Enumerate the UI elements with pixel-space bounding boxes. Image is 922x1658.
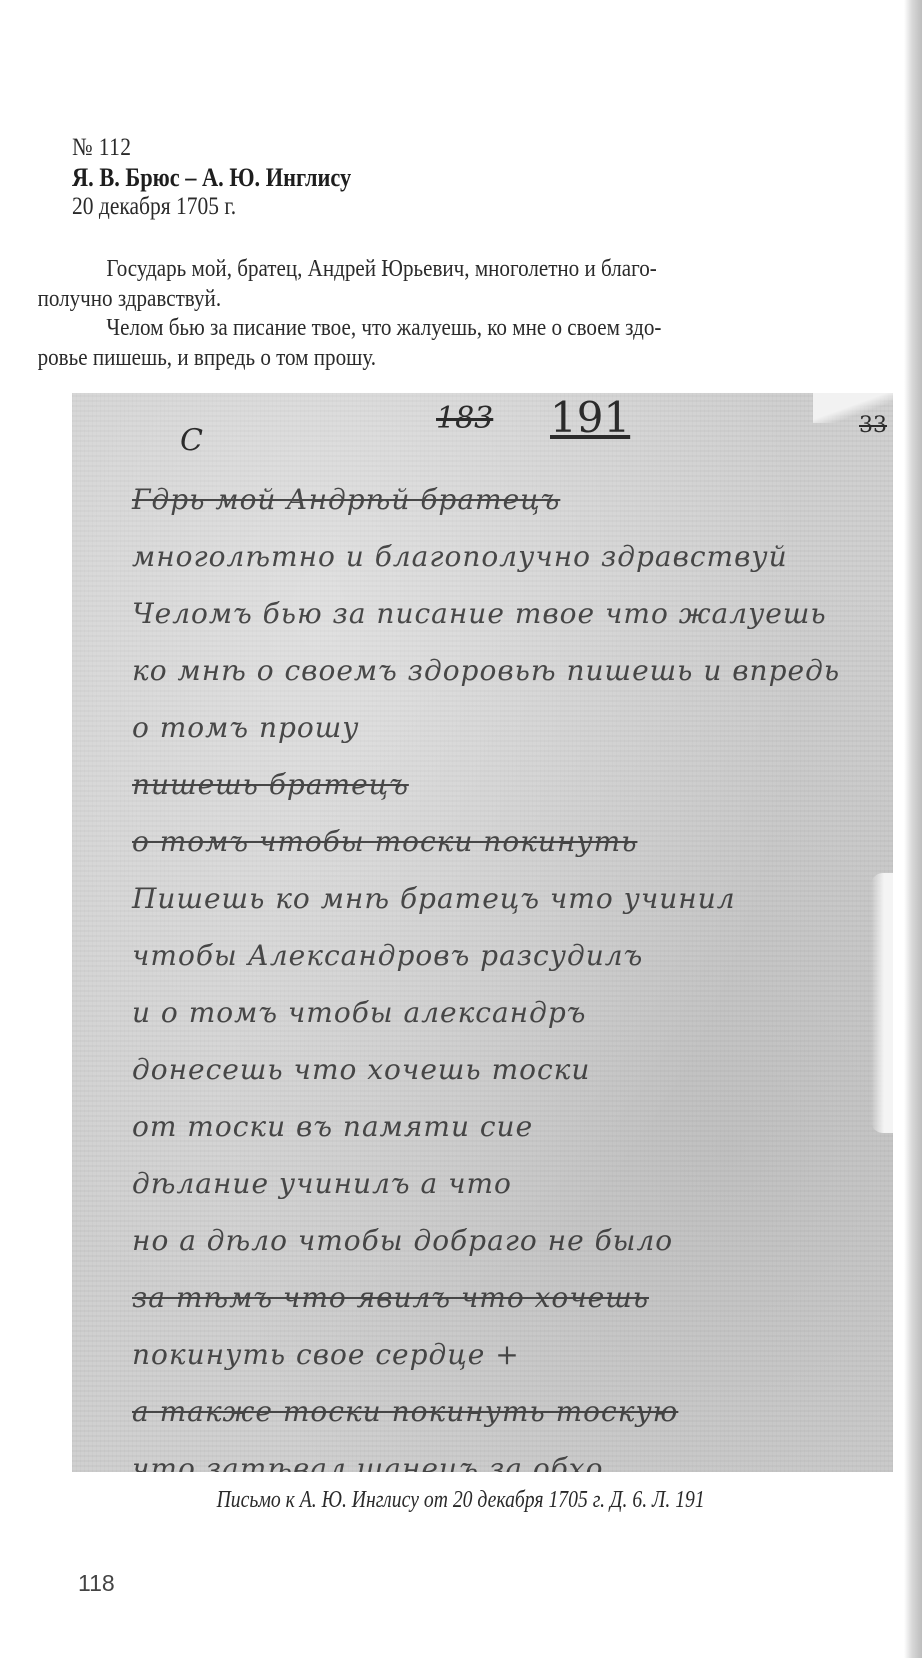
text-line: Государь мой, братец, Андрей Юрьевич, мн…	[72, 254, 837, 284]
handwriting-line: что затѣвал шанецъ за обхо	[132, 1452, 892, 1472]
text-line: получно здравствуй.	[38, 284, 838, 314]
caption-text: Письмо к А. Ю. Инглису от 20 декабря 170…	[217, 1487, 705, 1514]
handwriting: Гдрь мой Андрѣй братецъ многолѣтно и бла…	[132, 453, 892, 1472]
handwriting-line: дѣлание учинилъ а что	[132, 1167, 892, 1224]
handwriting-line: но а дѣло чтобы добраго не было	[132, 1224, 892, 1281]
folio-right-mark: 33	[859, 413, 887, 438]
handwriting-line: многолѣтно и благополучно здравствуй	[132, 540, 892, 597]
handwriting-line: Пишешь ко мнѣ братецъ что учинил	[132, 882, 892, 939]
handwriting-line: а также тоски покинуть тоскую	[132, 1395, 892, 1452]
handwriting-line: и о томъ чтобы александръ	[132, 996, 892, 1053]
figure-caption: Письмо к А. Ю. Инглису от 20 декабря 170…	[0, 1487, 922, 1514]
document-date: 20 декабря 1705 г.	[72, 193, 236, 221]
handwriting-line: Гдрь мой Андрѣй братецъ	[132, 483, 892, 540]
handwriting-line: покинуть свое сердце +	[132, 1338, 892, 1395]
handwriting-line: пишешь братецъ	[132, 768, 892, 825]
handwriting-line: от тоски въ памяти сие	[132, 1110, 892, 1167]
document-title: Я. В. Брюс – А. Ю. Инглису	[72, 163, 351, 193]
page-number: 118	[78, 1570, 115, 1597]
document-number: № 112	[72, 134, 132, 162]
text-line: Челом бью за писание твое, что жалуешь, …	[72, 313, 837, 343]
folio-number: 191	[550, 393, 630, 442]
page-edge-shadow	[904, 0, 922, 1658]
handwriting-line: о томъ чтобы тоски покинуть	[132, 825, 892, 882]
handwriting-line: за тѣмъ что явилъ что хочешь	[132, 1281, 892, 1338]
text-line: ровье пишешь, и впредь о том прошу.	[38, 343, 838, 373]
folio-old-number: 183	[436, 401, 493, 436]
handwriting-line: чтобы Александровъ разсудилъ	[132, 939, 892, 996]
handwriting-line: о томъ прошу	[132, 711, 892, 768]
handwriting-line: донесешь что хочешь тоски	[132, 1053, 892, 1110]
letter-body: Государь мой, братец, Андрей Юрьевич, мн…	[72, 254, 837, 372]
paragraph: Государь мой, братец, Андрей Юрьевич, мн…	[72, 254, 837, 313]
paragraph: Челом бью за писание твое, что жалуешь, …	[72, 313, 837, 372]
handwriting-line: ко мнѣ о своемъ здоровьѣ пишешь и впредь	[132, 654, 892, 711]
manuscript-photo: С 183 191 33 Гдрь мой Андрѣй братецъ мно…	[72, 393, 893, 1472]
handwriting-line: Челомъ бью за писание твое что жалуешь	[132, 597, 892, 654]
